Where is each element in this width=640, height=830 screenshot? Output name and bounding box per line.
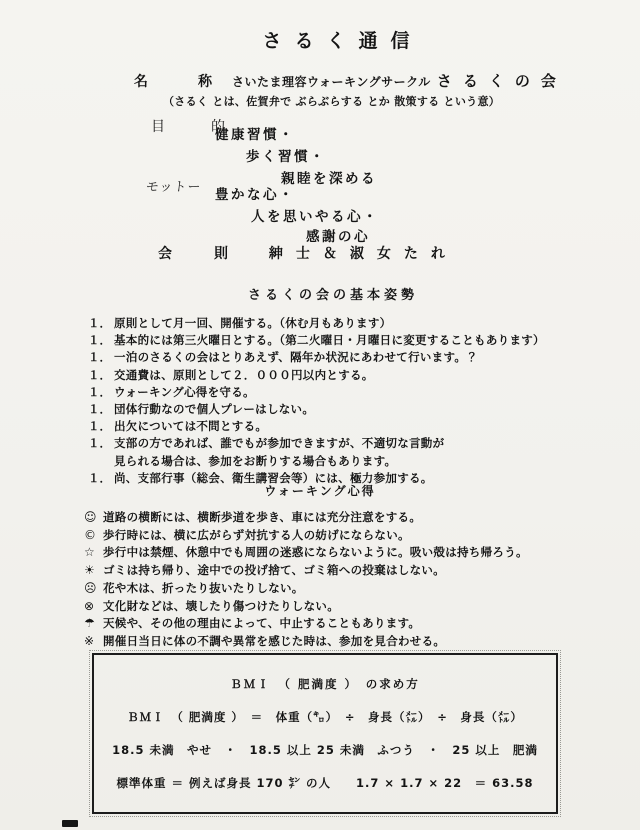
tip-text: 歩行時には、横に広がらず対抗する人の妨げにならない。 (103, 527, 410, 545)
newsletter-page: さるく通信 名 称 さいたま理容ウォーキングサークル さるくの会 （さるく とは… (0, 0, 640, 830)
motto-line-2: 人を思いやる心・ (251, 205, 379, 225)
rule-label: 会 則 (158, 246, 242, 262)
basics-item: １． 交通費は、原則として２．０００円以内とする。 (88, 367, 604, 384)
basics-item: １． 団体行動なので個人プレーはしない。 (88, 401, 604, 418)
rule-text: 紳士＆淑女たれ (269, 246, 458, 262)
tip-item: ⊗ 文化財などは、壊したり傷つけたりしない。 (84, 598, 609, 616)
name-label: 名 称 (134, 71, 230, 91)
purpose-line-2: 歩く習慣・ (246, 145, 326, 165)
motto-line-1: 豊かな心・ (215, 183, 295, 203)
item-text: 原則として月一回、開催する。（休む月もあります） (114, 315, 391, 332)
item-text: 交通費は、原則として２．０００円以内とする。 (114, 367, 374, 384)
tip-text: ゴミは持ち帰り、途中での投げ捨て、ゴミ箱への投棄はしない。 (103, 562, 445, 580)
item-text: 支部の方であれば、誰でもが参加できますが、不適切な言動が (114, 435, 444, 452)
item-number: １． (88, 418, 114, 435)
basics-heading: さるくの会の基本姿勢 (26, 284, 640, 303)
tip-item: ☺ 道路の横断には、横断歩道を歩き、車には充分注意をする。 (84, 509, 609, 527)
umbrella-icon: ☂ (84, 615, 103, 633)
item-text: 見られる場合は、参加をお断りする場合もあります。 (114, 453, 396, 470)
tip-item: ☂ 天候や、その他の理由によって、中止することもあります。 (84, 615, 609, 633)
basics-item: １． 支部の方であれば、誰でもが参加できますが、不適切な言動が (88, 435, 604, 452)
bmi-formula: ＢＭＩ （ 肥満度 ） ＝ 体重（㌔） ÷ 身長（㍍） ÷ 身長（㍍） (127, 709, 523, 725)
star-icon: ☆ (84, 544, 103, 562)
tip-item: ☆ 歩行中は禁煙、休憩中でも周囲の迷惑にならないように。吸い殻は持ち帰ろう。 (84, 544, 609, 562)
item-number: １． (88, 332, 114, 349)
tips-heading: ウォーキング心得 (0, 482, 640, 499)
item-number: １． (88, 384, 114, 401)
tip-text: 天候や、その他の理由によって、中止することもあります。 (103, 615, 420, 633)
org-name: さいたま理容ウォーキングサークル (232, 73, 431, 90)
tip-item: ☀ ゴミは持ち帰り、途中での投げ捨て、ゴミ箱への投棄はしない。 (84, 562, 609, 580)
reference-mark-icon: ※ (84, 633, 103, 651)
newsletter-title: さるく通信 (45, 26, 640, 53)
club-name: さるくの会 (437, 70, 567, 91)
tip-item: ☹ 花や木は、折ったり抜いたりしない。 (84, 580, 609, 598)
tip-text: 文化財などは、壊したり傷つけたりしない。 (103, 598, 339, 616)
motto-label: モットー (145, 176, 203, 195)
frown-face-icon: ☹ (84, 580, 103, 598)
item-number: １． (88, 435, 114, 452)
motto-line-3: 感謝の心 (306, 225, 370, 245)
item-text: 出欠については不問とする。 (114, 418, 267, 435)
item-text: 一泊のさるくの会はとりあえず、隔年か状況にあわせて行います。？ (114, 349, 478, 366)
item-text: 基本的には第三火曜日とする。（第二火曜日・月曜日に変更することもあります） (114, 332, 545, 349)
basics-item: １． ウォーキング心得を守る。 (88, 384, 604, 401)
item-text: ウォーキング心得を守る。 (114, 384, 255, 401)
item-number: １． (88, 315, 114, 332)
purpose-line-1: 健康習慣・ (215, 123, 295, 143)
sun-burst-icon: ☀ (84, 562, 103, 580)
tip-item: ※ 開催日当日に体の不調や異常を感じた時は、参加を見合わせる。 (84, 633, 609, 651)
basics-item: 見られる場合は、参加をお断りする場合もあります。 (88, 453, 604, 470)
basics-item: １． 一泊のさるくの会はとりあえず、隔年か状況にあわせて行います。？ (88, 349, 604, 366)
rule-section: 会 則 紳士＆淑女たれ (158, 243, 458, 263)
club-name-note: （さるく とは、佐賀弁で ぶらぶらする とか 散策する という意） (163, 93, 500, 109)
bmi-title: ＢＭＩ （ 肥満度 ） の求め方 (230, 676, 420, 692)
item-number: １． (88, 401, 114, 418)
bmi-ranges: 18.5 未満 やせ ・ 18.5 以上 25 未満 ふつう ・ 25 以上 肥… (112, 742, 538, 758)
name-section: 名 称 さいたま理容ウォーキングサークル さるくの会 (134, 70, 567, 91)
bmi-box: ＢＭＩ （ 肥満度 ） の求め方 ＢＭＩ （ 肥満度 ） ＝ 体重（㌔） ÷ 身… (92, 653, 558, 814)
tip-text: 歩行中は禁煙、休憩中でも周囲の迷惑にならないように。吸い殻は持ち帰ろう。 (103, 544, 528, 562)
basics-item: １． 出欠については不問とする。 (88, 418, 604, 435)
basics-item: １． 基本的には第三火曜日とする。（第二火曜日・月曜日に変更することもあります） (88, 332, 604, 349)
tip-text: 開催日当日に体の不調や異常を感じた時は、参加を見合わせる。 (103, 633, 445, 651)
tip-text: 道路の横断には、横断歩道を歩き、車には充分注意をする。 (103, 509, 421, 527)
bmi-example: 標準体重 ＝ 例えば身長 170 ㌢ の人 1.7 × 1.7 × 22 ＝ 6… (117, 775, 534, 791)
basics-item: １． 原則として月一回、開催する。（休む月もあります） (88, 315, 604, 332)
item-number: １． (88, 349, 114, 366)
item-text: 団体行動なので個人プレーはしない。 (114, 401, 314, 418)
purpose-line-3: 親睦を深める (281, 167, 377, 187)
crossed-face-icon: ⊗ (84, 598, 103, 616)
moon-face-icon: © (84, 527, 103, 545)
scan-artifact-mark (62, 820, 78, 827)
item-number: １． (88, 367, 114, 384)
tip-text: 花や木は、折ったり抜いたりしない。 (103, 580, 304, 598)
basics-list: １． 原則として月一回、開催する。（休む月もあります） １． 基本的には第三火曜… (88, 315, 604, 487)
item-number (88, 453, 114, 470)
smiley-face-icon: ☺ (84, 509, 103, 527)
tips-list: ☺ 道路の横断には、横断歩道を歩き、車には充分注意をする。 © 歩行時には、横に… (84, 509, 609, 651)
tip-item: © 歩行時には、横に広がらず対抗する人の妨げにならない。 (84, 527, 609, 545)
